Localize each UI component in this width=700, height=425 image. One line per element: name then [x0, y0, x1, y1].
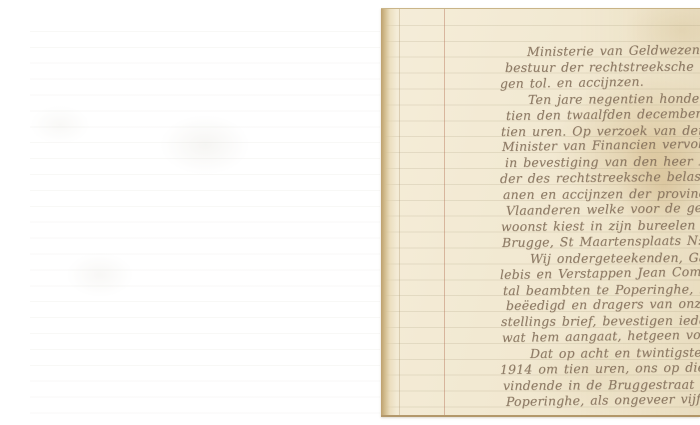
manuscript-line: 1914 om tien uren, ons op dienst be — [500, 360, 700, 377]
manuscript-line: Vlaanderen welke voor de gevallen tij — [506, 200, 700, 218]
manuscript-line: bestuur der rechtstreeksche belastin — [505, 59, 700, 74]
manuscript-line: vindende in de Bruggestraat te — [503, 377, 700, 392]
faint-ruled-lines — [30, 16, 380, 414]
manuscript-line: in bevestiging van den heer Bestuur — [505, 154, 700, 170]
manuscript-line: Dat op acht en twintigsten Novem — [530, 345, 700, 361]
manuscript-line: Ministerie van Geldwezen. — [527, 43, 700, 59]
manuscript-line: wat hem aangaat, hetgeen volgt: — [502, 328, 700, 345]
manuscript-line: lebis en Verstappen Jean Commi — [500, 264, 700, 281]
manuscript-line: Brugge, St Maartensplaats N: 6. — [502, 233, 700, 249]
manuscript-line: tal beambten te Poperinghe, behoorlij — [503, 281, 700, 297]
manuscript-line: tien den twaalfden december om ne — [506, 106, 700, 123]
manuscript-line: Wij ondergeteekenden, Galloo char — [530, 250, 700, 265]
manuscript-line: Poperinghe, als ongeveer vijf duizen — [506, 391, 700, 409]
manuscript-line: beëedigd en dragers van onzen aan — [506, 296, 700, 313]
manuscript-line: Ten jare negentien honderd en veer — [528, 91, 700, 107]
handwritten-text-block: Ministerie van Geldwezen.bestuur der rec… — [381, 9, 700, 415]
manuscript-line: der des rechtstreeksche belastingen, do — [500, 169, 700, 186]
blank-verso-page — [30, 10, 380, 414]
manuscript-line: gen tol. en accijnzen. — [500, 75, 644, 91]
manuscript-line: woonst kiest in zijn bureelen te — [501, 218, 700, 234]
manuscript-line: Minister van Financien vervolgin — [502, 137, 700, 154]
document-scan: Ministerie van Geldwezen.bestuur der rec… — [0, 0, 700, 425]
manuscript-page: Ministerie van Geldwezen.bestuur der rec… — [381, 8, 700, 417]
